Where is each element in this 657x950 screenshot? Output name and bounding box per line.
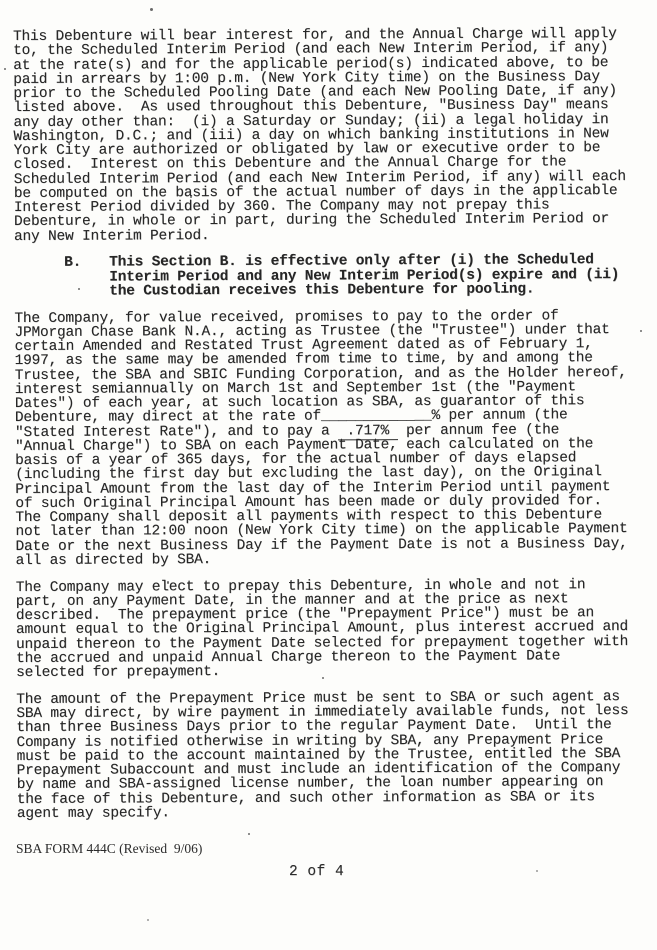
text-line: the face of this Debenture, and such oth… [17, 789, 657, 806]
scan-speckle [536, 870, 538, 872]
text-line: selected for prepayment. [16, 663, 657, 680]
scan-speckle [322, 677, 324, 679]
text-line: agent may specify. [17, 804, 657, 821]
document-page: This Debenture will bear interest for, a… [0, 0, 657, 950]
text-line: the Custodian receives this Debenture fo… [109, 282, 619, 299]
scan-speckle [4, 68, 6, 70]
scan-speckle [78, 288, 80, 290]
paragraph-prepayment-election: The Company may elect to prepay this Deb… [16, 577, 657, 680]
page-number: 2 of 4 [289, 864, 344, 880]
paragraph-prepayment-price-delivery: The amount of the Prepayment Price must … [16, 690, 657, 821]
scan-speckle [150, 8, 153, 11]
section-label: B. [64, 256, 109, 299]
text-line: all as directed by SBA. [16, 551, 657, 568]
paragraph-promise-to-pay: The Company, for value received, promise… [14, 308, 657, 568]
paragraph-lines: The Company may elect to prepay this Deb… [16, 577, 657, 680]
scan-speckle [640, 330, 642, 332]
text-line: Date or the next Business Day if the Pay… [15, 536, 657, 553]
paragraph-lines: This Debenture will bear interest for, a… [13, 27, 657, 244]
paragraph-lines: This Section B. is effective only after … [109, 253, 619, 298]
document-content: This Debenture will bear interest for, a… [13, 27, 657, 834]
paragraph-interest-terms: This Debenture will bear interest for, a… [13, 27, 657, 244]
scan-speckle [147, 919, 149, 921]
text-line: any New Interim Period. [14, 226, 657, 243]
paragraph-lines: The amount of the Prepayment Price must … [16, 690, 657, 821]
text-line: Debenture, in whole or in part, during t… [14, 212, 657, 229]
paragraph-lines: The Company, for value received, promise… [14, 308, 657, 568]
scan-speckle [248, 833, 250, 835]
form-number-label: SBA FORM 444C (Revised 9/06) [16, 841, 202, 857]
section-paragraph-section-b: B.This Section B. is effective only afte… [14, 253, 657, 299]
scan-speckle [190, 196, 192, 198]
scan-speckle [167, 581, 169, 584]
